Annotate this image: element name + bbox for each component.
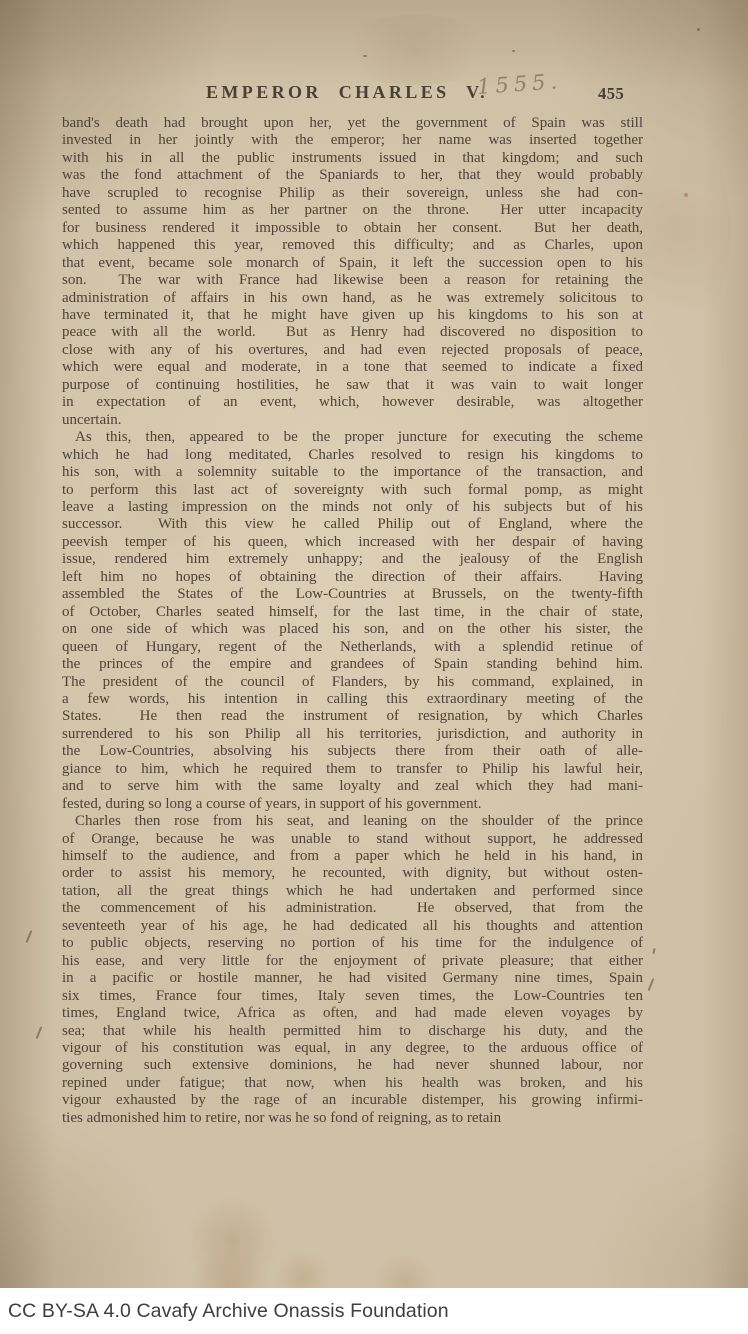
text-line: times, England twice, Africa as often, a… <box>62 1005 643 1022</box>
text-line: the princes of the empire and grandees o… <box>62 656 643 673</box>
text-line: left him no hopes of obtaining the direc… <box>62 569 643 586</box>
text-line: close with any of his overtures, and had… <box>62 342 643 359</box>
text-line: which were equal and moderate, in a tone… <box>62 359 643 376</box>
text-line: that event, became sole monarch of Spain… <box>62 255 643 272</box>
text-line: which he had long meditated, Charles res… <box>62 447 643 464</box>
paper-stain <box>185 1195 280 1290</box>
text-line: fested, during so long a course of years… <box>62 796 643 813</box>
text-line: sea; that while his health permitted him… <box>62 1023 643 1040</box>
text-line: The president of the council of Flanders… <box>62 674 643 691</box>
paper-stain <box>330 15 500 85</box>
running-title: EMPEROR CHARLES V. <box>206 82 488 103</box>
text-line: which happened this year, removed this d… <box>62 237 643 254</box>
pencil-slash-mark <box>648 978 654 991</box>
text-line: As this, then, appeared to be the proper… <box>62 429 643 446</box>
pencil-tick-mark <box>652 948 655 954</box>
text-line: band's death had brought upon her, yet t… <box>62 115 643 132</box>
text-line: Charles then rose from his seat, and lea… <box>62 813 643 830</box>
text-line: for business rendered it impossible to o… <box>62 220 643 237</box>
paragraph: band's death had brought upon her, yet t… <box>62 115 643 429</box>
text-line: have terminated it, that he might have g… <box>62 307 643 324</box>
text-line: in expectation of an event, which, howev… <box>62 394 643 411</box>
text-line: a few words, his intention in calling th… <box>62 691 643 708</box>
handwritten-annotation: 1555. <box>476 69 563 99</box>
text-line: his son, with a solemnity suitable to th… <box>62 464 643 481</box>
text-line: vigour of his constitution was equal, in… <box>62 1040 643 1057</box>
pencil-slash-mark <box>36 1026 42 1039</box>
text-line: to public objects, reserving no portion … <box>62 935 643 952</box>
text-line: himself to the audience, and from a pape… <box>62 848 643 865</box>
text-line: purpose of continuing hostilities, he sa… <box>62 377 643 394</box>
text-line: invested in her jointly with the emperor… <box>62 132 643 149</box>
paper-speck <box>363 55 367 57</box>
text-line: States. He then read the instrument of r… <box>62 708 643 725</box>
text-line: vigour exhausted by the rage of an incur… <box>62 1092 643 1109</box>
text-line: of October, Charles seated himself, for … <box>62 604 643 621</box>
text-line: governing such extensive dominions, he h… <box>62 1057 643 1074</box>
page-number: 455 <box>598 84 624 104</box>
text-line: was the fond attachment of the Spaniards… <box>62 167 643 184</box>
text-line: the Low-Countries, absolving his subject… <box>62 743 643 760</box>
text-line: the commencement of his administration. … <box>62 900 643 917</box>
text-line: six times, France four times, Italy seve… <box>62 988 643 1005</box>
text-line: in a pacific or hostile manner, he had v… <box>62 970 643 987</box>
paper-speck <box>697 28 700 31</box>
paper-speck <box>512 50 515 52</box>
text-line: to perform this last act of sovereignty … <box>62 482 643 499</box>
text-line: queen of Hungary, regent of the Netherla… <box>62 639 643 656</box>
text-line: and to serve him with the same loyalty a… <box>62 778 643 795</box>
license-text: CC BY-SA 4.0 Cavafy Archive Onassis Foun… <box>8 1300 449 1323</box>
text-line: on one side of which was placed his son,… <box>62 621 643 638</box>
text-line: repined under fatigue; that now, when hi… <box>62 1075 643 1092</box>
text-line: peace with all the world. But as Henry h… <box>62 324 643 341</box>
screenshot-stage: EMPEROR CHARLES V. 1555. 455 band's deat… <box>0 0 748 1334</box>
text-line: giance to him, which he required them to… <box>62 761 643 778</box>
paragraph: As this, then, appeared to be the proper… <box>62 429 643 813</box>
text-line: successor. With this view he called Phil… <box>62 516 643 533</box>
text-line: of Orange, because he was unable to stan… <box>62 831 643 848</box>
paragraph: Charles then rose from his seat, and lea… <box>62 813 643 1127</box>
pencil-slash-mark <box>26 930 32 943</box>
text-line: surrendered to his son Philip all his te… <box>62 726 643 743</box>
license-bar: CC BY-SA 4.0 Cavafy Archive Onassis Foun… <box>0 1288 748 1334</box>
text-line: assembled the States of the Low-Countrie… <box>62 586 643 603</box>
text-line: order to assist his memory, he recounted… <box>62 865 643 882</box>
text-line: seventeeth year of his age, he had dedic… <box>62 918 643 935</box>
text-line: ties admonished him to retire, nor was h… <box>62 1110 643 1127</box>
text-line: leave a lasting impression on the minds … <box>62 499 643 516</box>
text-line: his ease, and very little for the enjoym… <box>62 953 643 970</box>
text-line: issue, rendered him extremely unhappy; a… <box>62 551 643 568</box>
text-line: peevish temper of his queen, which incre… <box>62 534 643 551</box>
text-line: son. The war with France had likewise be… <box>62 272 643 289</box>
page-body-text: band's death had brought upon her, yet t… <box>62 115 643 1127</box>
paper-speck <box>684 193 688 197</box>
text-line: uncertain. <box>62 412 643 429</box>
book-page-scan: EMPEROR CHARLES V. 1555. 455 band's deat… <box>0 0 748 1288</box>
text-line: tation, all the great things which he ha… <box>62 883 643 900</box>
text-line: with his in all the public instruments i… <box>62 150 643 167</box>
text-line: sented to assume him as her partner on t… <box>62 202 643 219</box>
text-line: administration of affairs in his own han… <box>62 290 643 307</box>
text-line: have scrupled to recognise Philip as the… <box>62 185 643 202</box>
